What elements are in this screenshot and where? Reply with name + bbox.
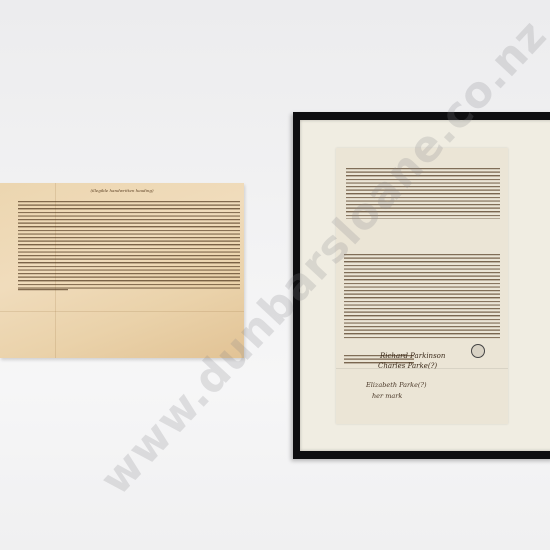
handwritten-text-line	[18, 289, 68, 292]
document-lower-panel	[336, 368, 508, 425]
handwritten-paragraph-2	[344, 254, 500, 339]
manuscript-heading: (illegible handwritten heading)	[82, 188, 162, 193]
handwritten-text-block	[18, 201, 240, 289]
left-manuscript: (illegible handwritten heading)	[0, 183, 244, 358]
wax-seal-icon	[471, 344, 485, 358]
endorsement-line-1: Elizabeth Parke(?)	[366, 381, 426, 389]
fold-line	[0, 311, 244, 312]
endorsement-line-2: her mark	[372, 392, 402, 400]
signature-1: Richard Parkinson	[380, 352, 445, 360]
